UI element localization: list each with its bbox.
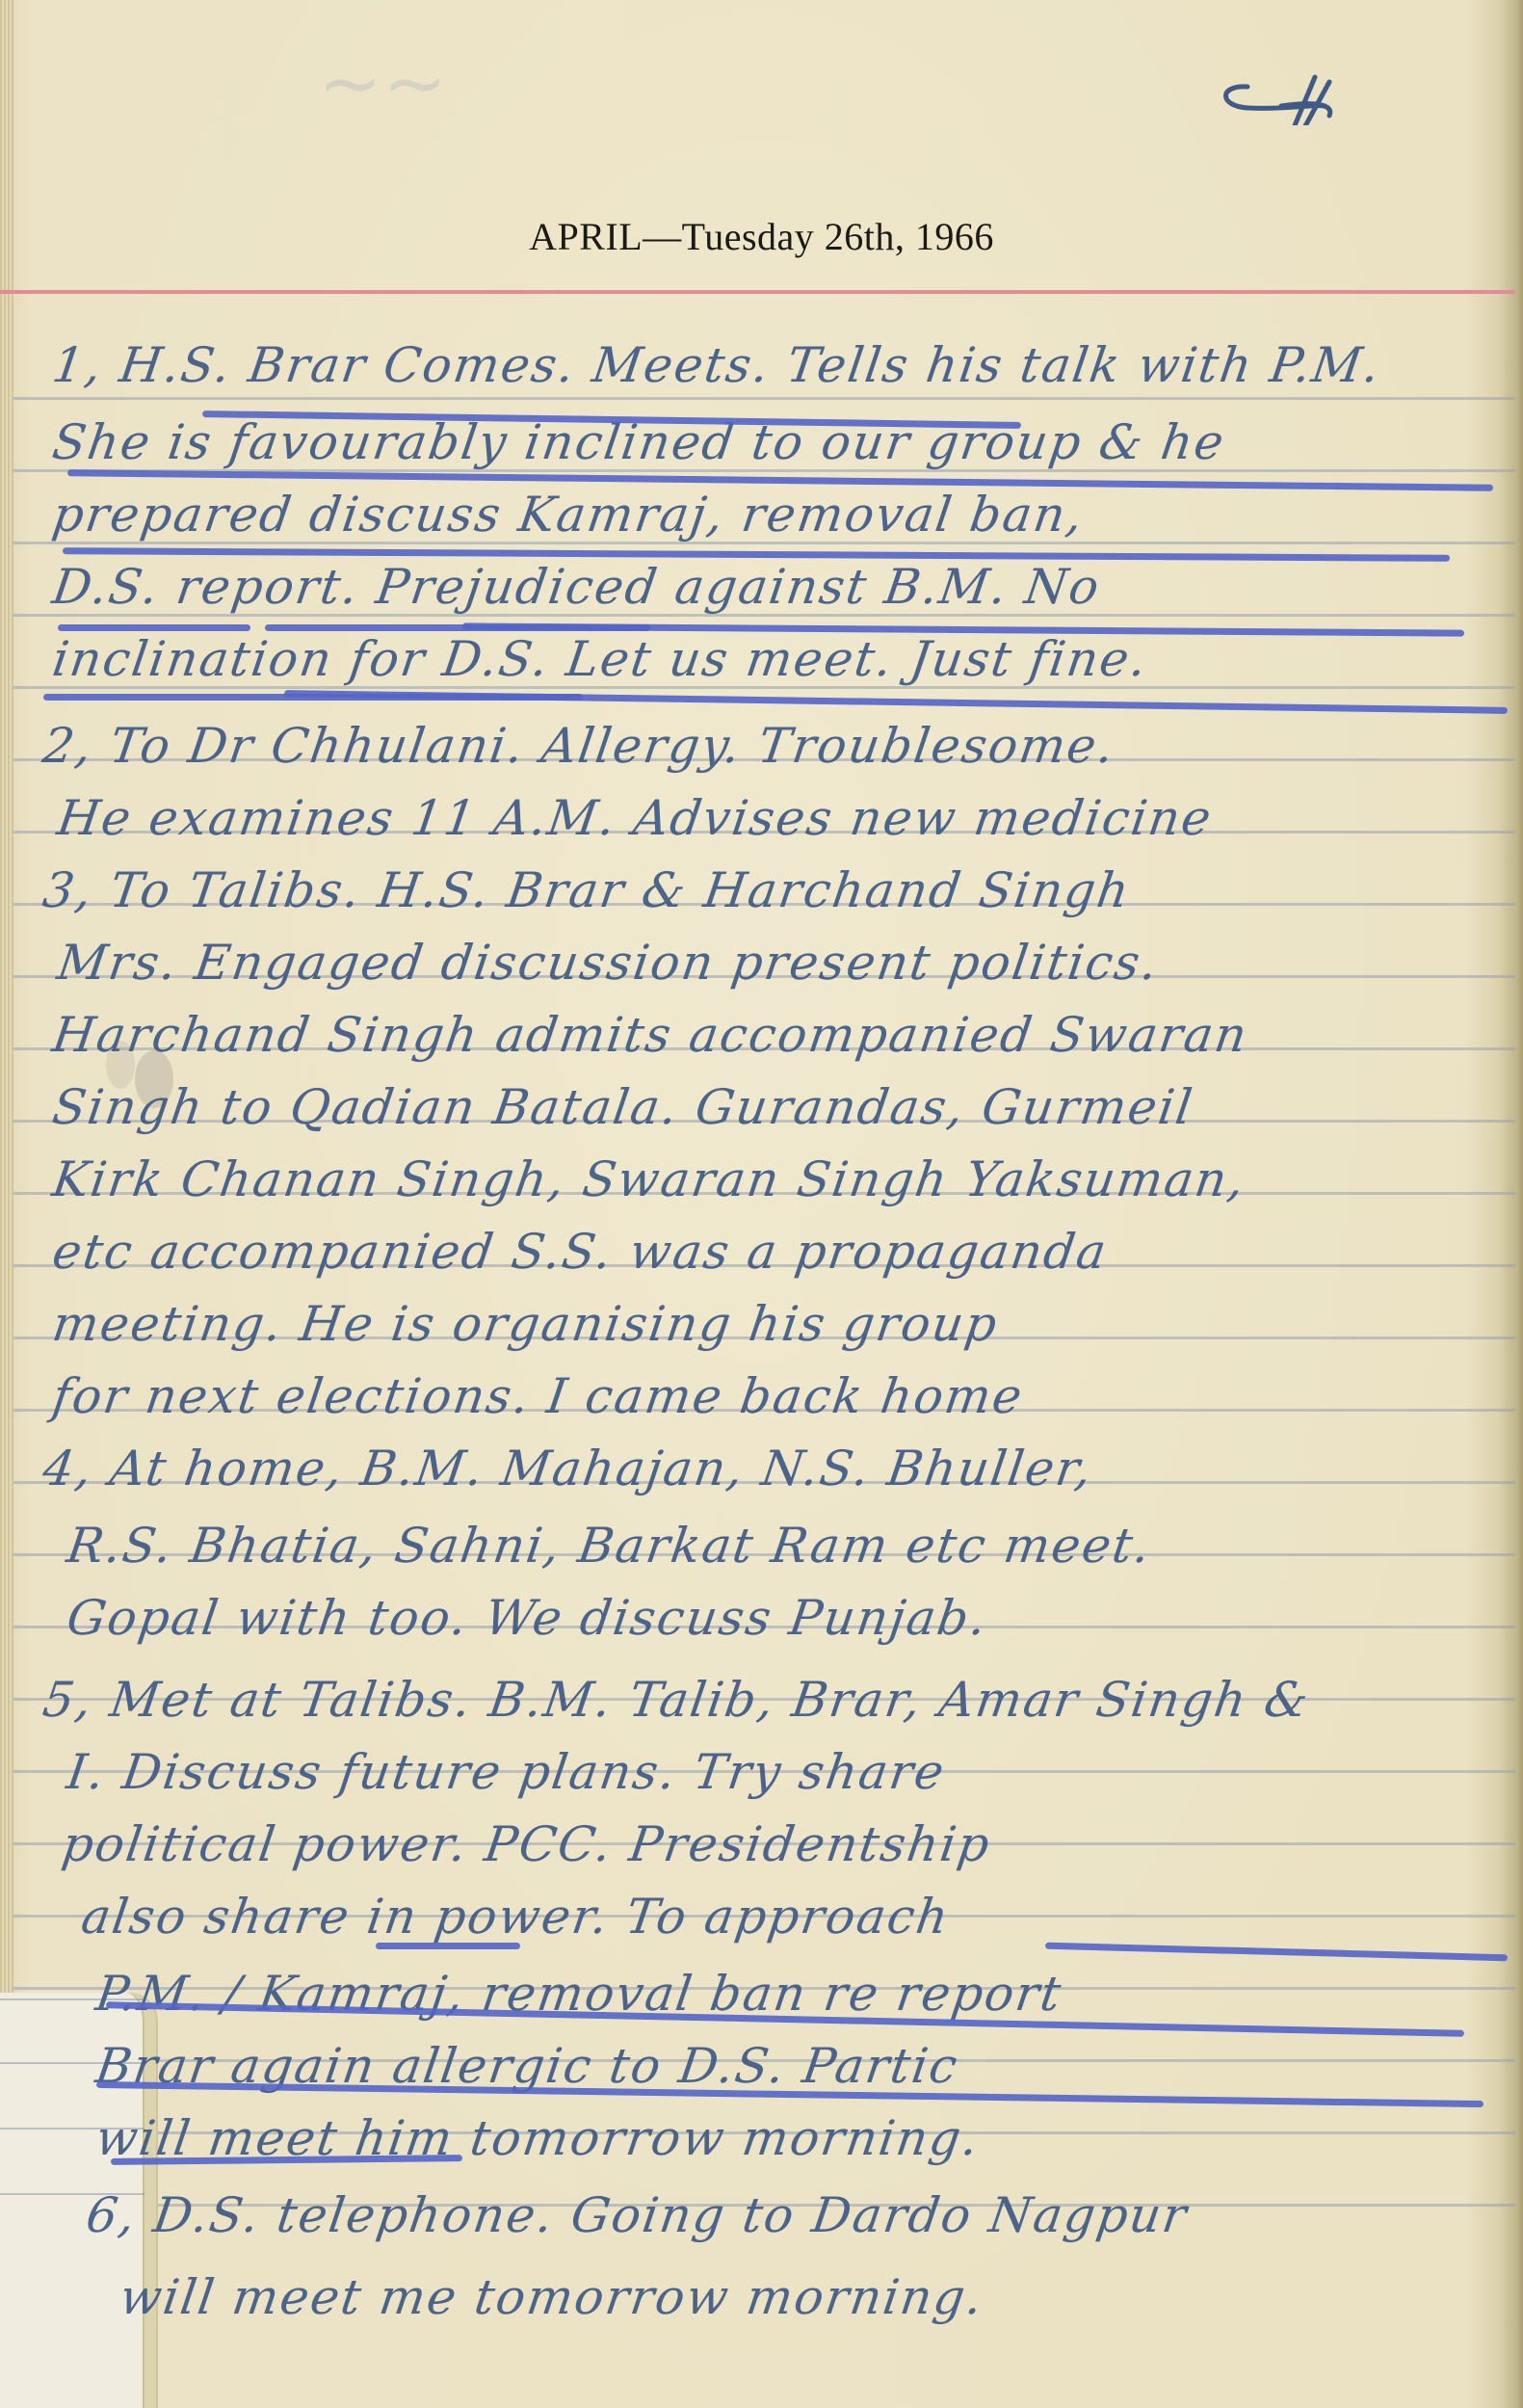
entry-line: prepared discuss Kamraj, removal ban, xyxy=(49,487,1088,542)
entry-line: inclination for D.S. Let us meet. Just f… xyxy=(49,631,1152,687)
entry-line: 3, To Talibs. H.S. Brar & Harchand Singh xyxy=(39,862,1134,918)
entry-line: political power. PCC. Presidentship xyxy=(59,1816,994,1872)
entry-line: I. Discuss future plans. Try share xyxy=(64,1744,949,1800)
entry-line: will meet me tomorrow morning. xyxy=(117,2269,987,2325)
entry-line: He examines 11 A.M. Advises new medicine xyxy=(54,790,1217,846)
entry-line: 6, D.S. telephone. Going to Dardo Nagpur xyxy=(83,2187,1192,2243)
entry-line: 4, At home, B.M. Mahajan, N.S. Bhuller, xyxy=(39,1441,1097,1496)
diary-page: ~~ APRIL—Tuesday 26th, 1966 1, H.S. Brar… xyxy=(0,0,1523,2408)
emphasis-underline xyxy=(1045,1943,1508,1962)
handwritten-entries: 1, H.S. Brar Comes. Meets. Tells his tal… xyxy=(0,0,1523,2408)
entry-line: Mrs. Engaged discussion present politics… xyxy=(54,935,1163,991)
entry-line: Harchand Singh admits accompanied Swaran xyxy=(49,1007,1252,1063)
entry-line: D.S. report. Prejudiced against B.M. No xyxy=(49,559,1104,615)
entry-line: Gopal with too. We discuss Punjab. xyxy=(64,1590,991,1646)
entry-line: R.S. Bhatia, Sahni, Barkat Ram etc meet. xyxy=(64,1518,1155,1574)
entry-line: also share in power. To approach xyxy=(78,1889,954,1945)
emphasis-underline xyxy=(284,690,1508,714)
entry-line: Kirk Chanan Singh, Swaran Singh Yaksuman… xyxy=(49,1151,1249,1207)
entry-line: etc accompanied S.S. was a propaganda xyxy=(49,1224,1112,1280)
entry-line: 5, Met at Talibs. B.M. Talib, Brar, Amar… xyxy=(39,1672,1314,1728)
entry-line: meeting. He is organising his group xyxy=(49,1296,1002,1352)
emphasis-underline xyxy=(58,624,250,631)
entry-line: 2, To Dr Chhulani. Allergy. Troublesome. xyxy=(39,718,1119,774)
entry-line: Singh to Qadian Batala. Gurandas, Gurmei… xyxy=(49,1079,1197,1135)
entry-line: for next elections. I came back home xyxy=(49,1368,1027,1424)
entry-line: 1, H.S. Brar Comes. Meets. Tells his tal… xyxy=(49,337,1384,393)
emphasis-underline xyxy=(376,1943,520,1949)
